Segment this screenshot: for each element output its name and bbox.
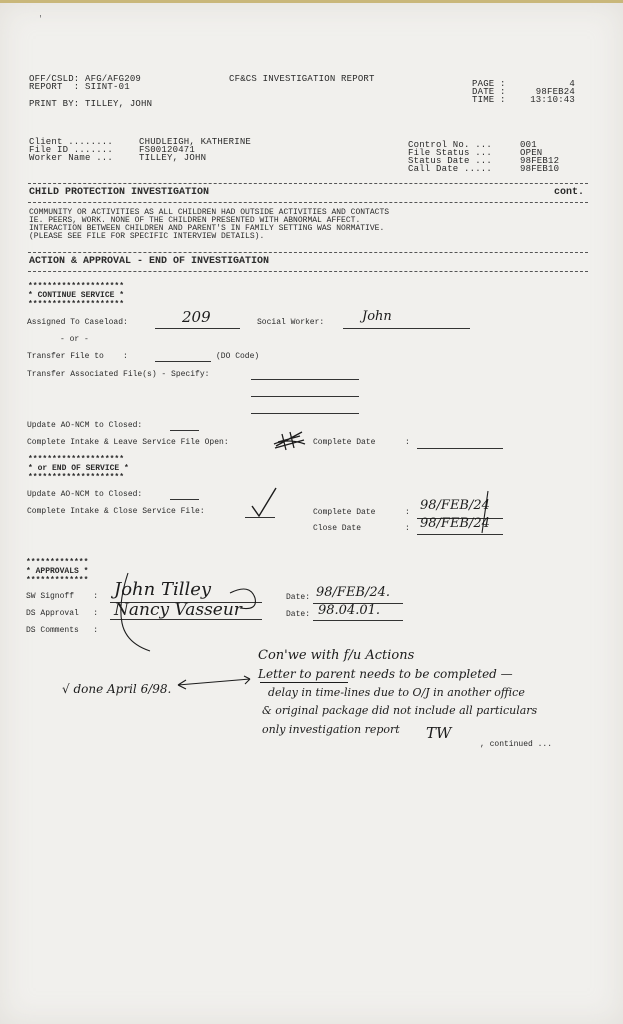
note-line: Con'we with f/u Actions bbox=[258, 648, 414, 663]
social-worker-field[interactable] bbox=[343, 328, 470, 329]
divider bbox=[28, 271, 588, 272]
complete-close-label: Complete Intake & Close Service File: bbox=[27, 507, 205, 516]
print-by: PRINT BY: TILLEY, JOHN bbox=[29, 100, 152, 109]
assigned-caseload-label: Assigned To Caseload: bbox=[27, 318, 128, 327]
sw-date-label: Date: bbox=[286, 593, 310, 602]
update-ao-closed-label: Update AO-NCM to Closed: bbox=[27, 490, 142, 499]
action-section-title: ACTION & APPROVAL - END OF INVESTIGATION bbox=[29, 257, 269, 267]
do-code-label: (DO Code) bbox=[216, 352, 259, 361]
time-value: 13:10:43 bbox=[520, 96, 575, 105]
note-line: delay in time-lines due to O/J in anothe… bbox=[268, 686, 525, 699]
continue-service-title: * CONTINUE SERVICE * bbox=[28, 291, 124, 300]
social-worker-label: Social Worker: bbox=[257, 318, 324, 327]
stars-line: ******************** bbox=[28, 473, 124, 482]
note-line: Letter to parent needs to be completed — bbox=[258, 667, 513, 681]
update-ao-label: Update AO-NCM to Closed: bbox=[27, 421, 142, 430]
sw-date-value: 98/FEB/24. bbox=[316, 585, 390, 600]
call-date-value: 98FEB10 bbox=[520, 165, 559, 174]
date-slash-stroke bbox=[476, 489, 492, 535]
done-note: √ done April 6/98. bbox=[62, 682, 171, 696]
checkmark-icon bbox=[250, 486, 278, 518]
close-date-label: Close Date bbox=[313, 524, 361, 533]
sw-signoff-label: SW Signoff : bbox=[26, 592, 98, 601]
transfer-assoc-field-2[interactable] bbox=[251, 396, 359, 397]
stars-line: ************* bbox=[26, 558, 88, 567]
document-page: ' OFF/CSLD: AFG/AFG209 REPORT : SIINT-01… bbox=[0, 3, 623, 1024]
transfer-assoc-field-3[interactable] bbox=[251, 413, 359, 414]
ds-approval-label: DS Approval : bbox=[26, 609, 98, 618]
approvals-title: * APPROVALS * bbox=[26, 567, 88, 576]
transfer-assoc-field-1[interactable] bbox=[251, 379, 359, 380]
update-ao-field[interactable] bbox=[170, 430, 199, 431]
complete-date-label: Complete Date bbox=[313, 438, 375, 447]
signature-flourish bbox=[100, 563, 270, 658]
call-date-label: Call Date ..... bbox=[408, 165, 492, 174]
continued-label: , continued ... bbox=[480, 740, 552, 749]
divider bbox=[28, 183, 588, 184]
divider bbox=[28, 202, 588, 203]
note-line: & original package did not include all p… bbox=[262, 704, 537, 717]
transfer-file-field[interactable] bbox=[155, 361, 211, 362]
stars-line: ******************** bbox=[28, 300, 124, 309]
speck: ' bbox=[38, 15, 43, 24]
stars-line: ******************** bbox=[28, 455, 124, 464]
update-ao-closed-field[interactable] bbox=[170, 499, 199, 500]
cpi-text-line: (PLEASE SEE FILE FOR SPECIFIC INTERVIEW … bbox=[29, 232, 264, 241]
worker-label: Worker Name ... bbox=[29, 154, 113, 163]
double-arrow-icon bbox=[174, 675, 254, 691]
scribble-mark-icon bbox=[272, 428, 308, 452]
ds-date-label: Date: bbox=[286, 610, 310, 619]
complete-date-label: Complete Date bbox=[313, 508, 375, 517]
note-underline bbox=[260, 682, 348, 683]
end-of-service-title: * or END OF SERVICE * bbox=[28, 464, 129, 473]
time-label: TIME : bbox=[472, 96, 506, 105]
complete-leave-label: Complete Intake & Leave Service File Ope… bbox=[27, 438, 229, 447]
colon: : bbox=[405, 508, 410, 517]
report-label: REPORT : SIINT-01 bbox=[29, 83, 130, 92]
ds-date-value: 98.04.01. bbox=[318, 603, 380, 618]
cpi-cont-label: cont. bbox=[554, 188, 584, 198]
report-title: CF&CS INVESTIGATION REPORT bbox=[229, 75, 375, 84]
colon: : bbox=[405, 438, 410, 447]
note-line: only investigation report bbox=[262, 723, 400, 736]
cpi-section-title: CHILD PROTECTION INVESTIGATION bbox=[29, 188, 209, 198]
transfer-assoc-label: Transfer Associated File(s) - Specify: bbox=[27, 370, 209, 379]
stars-line: ************* bbox=[26, 576, 88, 585]
or-label: - or - bbox=[60, 335, 89, 344]
assigned-caseload-value: 209 bbox=[182, 308, 211, 326]
note-initials: TW bbox=[426, 724, 451, 742]
assigned-caseload-field[interactable] bbox=[155, 328, 240, 329]
colon: : bbox=[405, 524, 410, 533]
transfer-file-label: Transfer File to : bbox=[27, 352, 128, 361]
divider bbox=[28, 252, 588, 253]
worker-value: TILLEY, JOHN bbox=[139, 154, 206, 163]
ds-date-field[interactable] bbox=[313, 620, 403, 621]
ds-comments-label: DS Comments : bbox=[26, 626, 98, 635]
complete-date-field[interactable] bbox=[417, 448, 503, 449]
stars-line: ******************** bbox=[28, 282, 124, 291]
social-worker-value: John bbox=[362, 309, 392, 324]
